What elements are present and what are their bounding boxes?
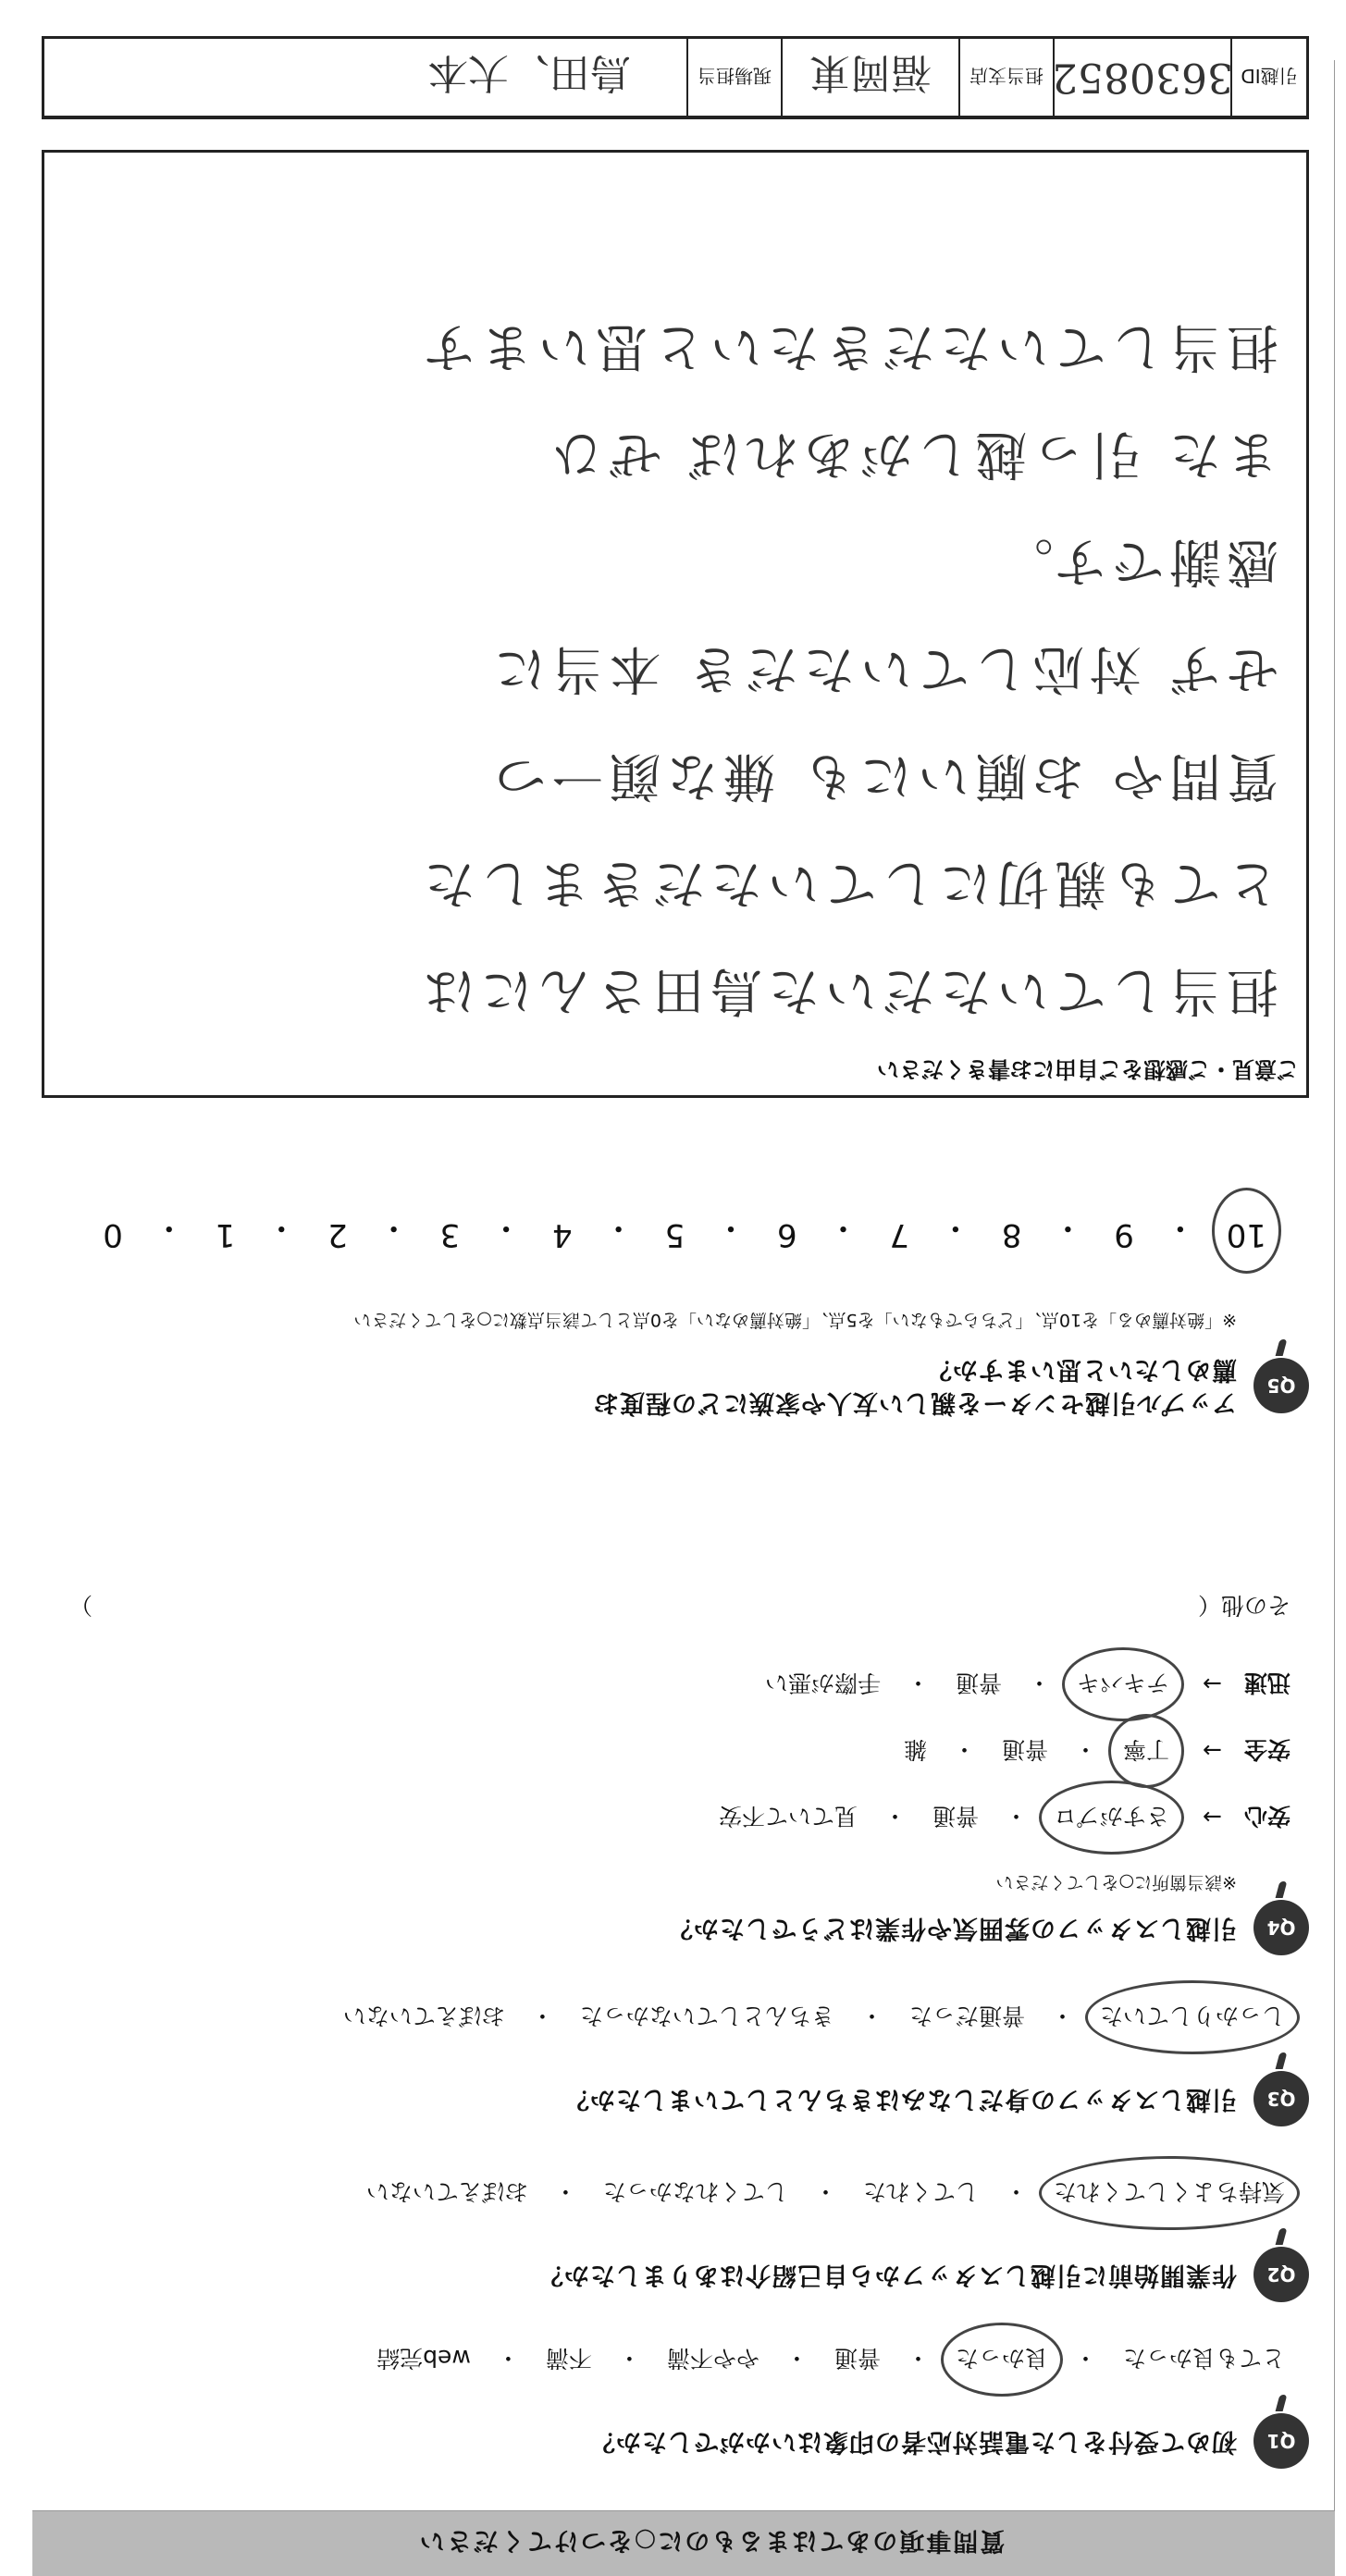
score[interactable]: 1 xyxy=(210,1208,241,1253)
branch-label: 担当支店 xyxy=(958,39,1053,116)
score-scale: 10・ 9・ 8・ 7・ 6・ 5・ 4・ 3・ 2・ 1・ 0 xyxy=(97,1208,1272,1253)
option[interactable]: 普通 xyxy=(927,1801,984,1834)
option-selected[interactable]: テキパキ xyxy=(1071,1668,1175,1701)
branch-value: 福岡東 xyxy=(781,39,958,116)
option[interactable]: おぼえていない xyxy=(361,2176,534,2210)
option[interactable]: してくれた xyxy=(858,2176,984,2210)
question-2: Q2 作業開始前に引越しスタッフから自己紹介はありましたか？ 気持ちよくしてくれ… xyxy=(32,2176,1309,2302)
footer-table: 引越ID 3630852 担当支店 福岡東 現場担当 鳥田、大本 xyxy=(42,36,1309,119)
question-text: 引越しスタッフの身だしなみはきちんとしていましたか？ xyxy=(563,2082,1237,2115)
option-selected[interactable]: 良かった xyxy=(950,2343,1054,2376)
question-text: 引越しスタッフの雰囲気や作業はどうでしたか？ xyxy=(667,1911,1237,1944)
handwritten-comment: 担当していただいた鳥田さんには とても親切にしていただきました 質問や お願いに… xyxy=(100,292,1278,1043)
option[interactable]: 見ていて不安 xyxy=(713,1801,863,1834)
staff-value: 鳥田、大本 xyxy=(44,39,686,116)
score-selected[interactable]: 10 xyxy=(1221,1208,1272,1253)
option-selected[interactable]: 丁寧 xyxy=(1118,1734,1175,1768)
q-badge-icon: Q1 xyxy=(1253,2413,1309,2469)
option[interactable]: web完結 xyxy=(371,2343,476,2376)
question-3: Q3 引越しスタッフの身だしなみはきちんとしていましたか？ しっかりしていた・ … xyxy=(32,2001,1309,2126)
score[interactable]: 8 xyxy=(996,1208,1028,1253)
row-anzen: 安全 → 丁寧・ 普通・ 雑 xyxy=(32,1734,1290,1768)
score[interactable]: 3 xyxy=(435,1208,466,1253)
arrow-icon: → xyxy=(1203,1671,1222,1698)
option[interactable]: きちんとしていなかった xyxy=(574,2001,840,2034)
row-anshin: 安心 → さすがプロ・ 普通・ 見ていて不安 xyxy=(32,1801,1290,1834)
score[interactable]: 7 xyxy=(883,1208,915,1253)
move-id-value: 3630852 xyxy=(1053,39,1230,116)
survey-sheet: 質問事項のあてはまるものに○をつけてください Q1 初めて受付をした電話対応者の… xyxy=(0,0,1346,2570)
question-text: 作業開始前に引越しスタッフから自己紹介はありましたか？ xyxy=(537,2258,1237,2291)
question-4: Q4 引越しスタッフの雰囲気や作業はどうでしたか？ ※該当箇所に○をしてください… xyxy=(32,1590,1309,1955)
question-text: アップル引越センターを親しい友人や家族にどの程度お薦めしたいと思いますか？ xyxy=(589,1352,1237,1419)
question-note: ※該当箇所に○をしてください xyxy=(32,1871,1237,1896)
page-edge xyxy=(1334,60,1335,2511)
question-text: 初めて受付をした電話対応者の印象はいかがでしたか？ xyxy=(589,2424,1237,2458)
arrow-icon: → xyxy=(1203,1805,1222,1831)
question-note: ※「絶対薦める」を10点、「どちらでもない」を5点、「絶対薦めない」を0点として… xyxy=(32,1309,1237,1334)
question-5: Q5 アップル引越センターを親しい友人や家族にどの程度お薦めしたいと思いますか？… xyxy=(32,1208,1309,1419)
score[interactable]: 5 xyxy=(659,1208,690,1253)
move-id-label: 引越ID xyxy=(1230,39,1306,116)
q-badge-icon: Q5 xyxy=(1253,1358,1309,1413)
q-badge-icon: Q4 xyxy=(1253,1900,1309,1955)
option[interactable]: とても良かった xyxy=(1118,2343,1290,2376)
instruction-text: 質問事項のあてはまるものに○をつけてください xyxy=(418,2526,1006,2562)
instruction-banner: 質問事項のあてはまるものに○をつけてください xyxy=(32,2510,1335,2570)
option[interactable]: 不満 xyxy=(540,2343,598,2376)
score[interactable]: 0 xyxy=(97,1208,129,1253)
arrow-icon: → xyxy=(1203,1738,1222,1765)
other-field[interactable]: その他（ ） xyxy=(69,1590,1290,1623)
option[interactable]: おぼえていない xyxy=(338,2001,511,2034)
score[interactable]: 6 xyxy=(772,1208,803,1253)
row-jinsoku: 迅速 → テキパキ・ 普通・ 手際が悪い xyxy=(32,1668,1290,1701)
option[interactable]: 雑 xyxy=(898,1734,932,1768)
score[interactable]: 4 xyxy=(547,1208,578,1253)
staff-label: 現場担当 xyxy=(686,39,781,116)
option[interactable]: やや不満 xyxy=(661,2343,765,2376)
q-badge-icon: Q3 xyxy=(1253,2071,1309,2126)
option-selected[interactable]: さすがプロ xyxy=(1048,1801,1175,1834)
question-1: Q1 初めて受付をした電話対応者の印象はいかがでしたか？ とても良かった・ 良か… xyxy=(32,2343,1309,2469)
comment-title: ご意見・ご感想をご自由にお書きください xyxy=(877,1055,1299,1088)
score[interactable]: 9 xyxy=(1108,1208,1140,1253)
comment-box[interactable]: ご意見・ご感想をご自由にお書きください 担当していただいた鳥田さんには とても親… xyxy=(42,150,1309,1098)
option-selected[interactable]: しっかりしていた xyxy=(1094,2001,1290,2034)
option[interactable]: 普通 xyxy=(950,1668,1007,1701)
score[interactable]: 2 xyxy=(322,1208,353,1253)
q-badge-icon: Q2 xyxy=(1253,2247,1309,2302)
option[interactable]: 普通 xyxy=(829,2343,886,2376)
option[interactable]: してくれなかった xyxy=(598,2176,794,2210)
option-selected[interactable]: 気持ちよくしてくれた xyxy=(1048,2176,1290,2210)
option[interactable]: 手際が悪い xyxy=(759,1668,886,1701)
option[interactable]: 普通だった xyxy=(904,2001,1031,2034)
option[interactable]: 普通 xyxy=(996,1734,1054,1768)
